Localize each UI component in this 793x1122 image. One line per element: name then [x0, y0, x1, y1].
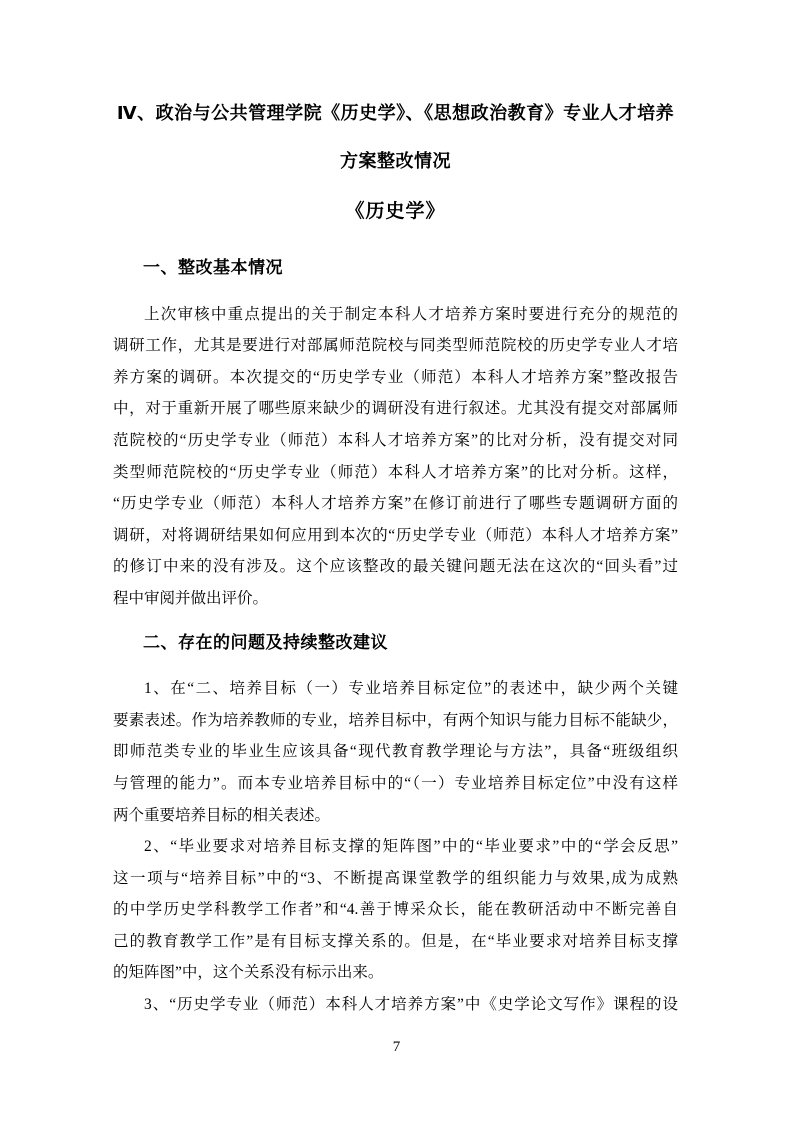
page-number: 7 — [0, 1038, 793, 1056]
section-1: 一、整改基本情况上次审核中重点提出的关于制定本科人才培养方案时要进行充分的规范的… — [113, 252, 678, 615]
paragraph: 2、“毕业要求对培养目标支撑的矩阵图”中的“毕业要求”中的“学会反思”这一项与“… — [113, 831, 678, 989]
document-title: Ⅳ、政治与公共管理学院《历史学》、《思想政治教育》专业人才培养 方案整改情况 — [113, 89, 678, 185]
document-page: Ⅳ、政治与公共管理学院《历史学》、《思想政治教育》专业人才培养 方案整改情况 《… — [0, 0, 793, 1122]
text-line: 程中审阅并做出评价。 — [113, 583, 678, 615]
text-line: 调研，对将调研结果如何应用到本次的“历史学专业（师范）本科人才培养方案” — [113, 520, 678, 552]
text-line: 己的教育教学工作”是有目标支撑关系的。但是，在“毕业要求对培养目标支撑 — [113, 926, 678, 958]
text-line: 要素表述。作为培养教师的专业，培养目标中，有两个知识与能力目标不能缺少， — [113, 705, 678, 737]
text-line: “历史学专业（师范）本科人才培养方案”在修订前进行了哪些专题调研方面的 — [113, 488, 678, 520]
text-line: 与管理的能力”。而本专业培养目标中的“（一）专业培养目标定位”中没有这样 — [113, 768, 678, 800]
text-line: 这一项与“培养目标”中的“3、不断提高课堂教学的组织能力与效果,成为成熟 — [113, 863, 678, 895]
text-line: 的矩阵图”中，这个关系没有标示出来。 — [113, 957, 678, 989]
document-body: 一、整改基本情况上次审核中重点提出的关于制定本科人才培养方案时要进行充分的规范的… — [113, 252, 678, 1021]
text-line: 养方案的调研。本次提交的“历史学专业（师范）本科人才培养方案”整改报告 — [113, 362, 678, 394]
text-line: 上次审核中重点提出的关于制定本科人才培养方案时要进行充分的规范的 — [113, 299, 678, 331]
text-line: 1、在“二、培养目标（一）专业培养目标定位”的表述中，缺少两个关键 — [113, 673, 678, 705]
section-heading: 一、整改基本情况 — [143, 252, 678, 284]
section-2: 二、存在的问题及持续整改建议1、在“二、培养目标（一）专业培养目标定位”的表述中… — [113, 627, 678, 1021]
title-line-1: Ⅳ、政治与公共管理学院《历史学》、《思想政治教育》专业人才培养 — [113, 89, 678, 137]
title-line-2: 方案整改情况 — [113, 137, 678, 185]
text-line: 类型师范院校的“历史学专业（师范）本科人才培养方案”的比对分析。这样， — [113, 457, 678, 489]
paragraph: 3、“历史学专业（师范）本科人才培养方案”中《史学论文写作》课程的设 — [113, 989, 678, 1021]
text-line: 的修订中来的没有涉及。这个应该整改的最关键问题无法在这次的“回头看”过 — [113, 551, 678, 583]
text-line: 3、“历史学专业（师范）本科人才培养方案”中《史学论文写作》课程的设 — [113, 989, 678, 1021]
text-line: 的中学历史学科教学工作者”和“4.善于博采众长，能在教研活动中不断完善自 — [113, 894, 678, 926]
document-content: Ⅳ、政治与公共管理学院《历史学》、《思想政治教育》专业人才培养 方案整改情况 《… — [113, 0, 678, 1021]
text-line: 即师范类专业的毕业生应该具备“现代教育教学理论与方法”，具备“班级组织 — [113, 736, 678, 768]
section-heading: 二、存在的问题及持续整改建议 — [143, 627, 678, 659]
paragraph: 1、在“二、培养目标（一）专业培养目标定位”的表述中，缺少两个关键要素表述。作为… — [113, 673, 678, 831]
text-line: 两个重要培养目标的相关表述。 — [113, 800, 678, 832]
document-subtitle: 《历史学》 — [113, 197, 678, 227]
text-line: 2、“毕业要求对培养目标支撑的矩阵图”中的“毕业要求”中的“学会反思” — [113, 831, 678, 863]
text-line: 范院校的“历史学专业（师范）本科人才培养方案”的比对分析，没有提交对同 — [113, 425, 678, 457]
text-line: 调研工作，尤其是要进行对部属师范院校与同类型师范院校的历史学专业人才培 — [113, 330, 678, 362]
text-line: 中，对于重新开展了哪些原来缺少的调研没有进行叙述。尤其没有提交对部属师 — [113, 393, 678, 425]
paragraph: 上次审核中重点提出的关于制定本科人才培养方案时要进行充分的规范的调研工作，尤其是… — [113, 299, 678, 615]
